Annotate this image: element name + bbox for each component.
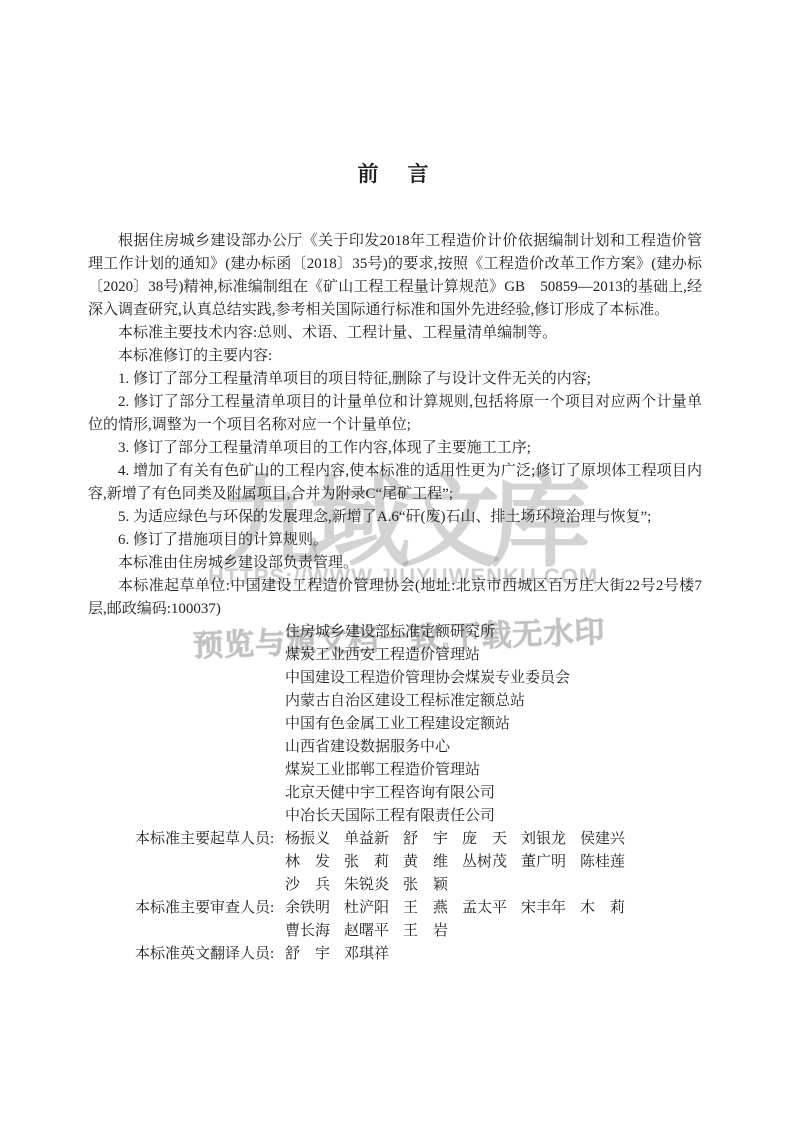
person-name: 庞 天	[462, 828, 508, 851]
revision-item: 1. 修订了部分工程量清单项目的项目特征,删除了与设计文件无关的内容;	[88, 368, 702, 391]
person-name: 孟太平	[462, 897, 508, 920]
revision-item: 4. 增加了有关有色矿山的工程内容,使本标准的适用性更为广泛;修订了原坝体工程项…	[88, 460, 702, 506]
person-name: 王 燕	[403, 897, 449, 920]
person-name: 杜浐阳	[344, 897, 390, 920]
personnel-label: 本标准主要起草人员:	[135, 828, 285, 851]
organization-item: 山西省建设数据服务中心	[285, 736, 702, 759]
person-name: 单益新	[344, 828, 390, 851]
organization-item: 内蒙古自治区建设工程标准定额总站	[285, 690, 702, 713]
personnel-label: 本标准英文翻译人员:	[135, 943, 285, 966]
personnel-translators: 本标准英文翻译人员: 舒 宇邓琪祥	[88, 943, 702, 966]
page-content: 前 言 根据住房城乡建设部办公厅《关于印发2018年工程造价计价依据编制计划和工…	[88, 160, 702, 966]
personnel-names: 杨振义单益新舒 宇庞 天刘银龙侯建兴 林 发张 莉黄 维丛树茂董广明陈桂莲 沙 …	[285, 828, 702, 897]
person-name: 曹长海	[285, 920, 331, 943]
organization-item: 中国有色金属工业工程建设定额站	[285, 713, 702, 736]
name-row: 沙 兵朱锐炎张 颖	[285, 874, 702, 897]
person-name: 张 颖	[403, 874, 449, 897]
organization-item: 煤炭工业邯郸工程造价管理站	[285, 759, 702, 782]
personnel-names: 舒 宇邓琪祥	[285, 943, 702, 966]
revision-item: 3. 修订了部分工程量清单项目的工作内容,体现了主要施工工序;	[88, 437, 702, 460]
intro-paragraph: 根据住房城乡建设部办公厅《关于印发2018年工程造价计价依据编制计划和工程造价管…	[88, 230, 702, 322]
personnel-names: 余铁明杜浐阳王 燕孟太平宋丰年木 莉 曹长海赵曙平王 岩	[285, 897, 702, 943]
person-name: 刘银龙	[521, 828, 567, 851]
person-name: 黄 维	[403, 851, 449, 874]
person-name: 杨振义	[285, 828, 331, 851]
person-name: 陈桂莲	[580, 851, 626, 874]
personnel-drafters: 本标准主要起草人员: 杨振义单益新舒 宇庞 天刘银龙侯建兴 林 发张 莉黄 维丛…	[88, 828, 702, 897]
person-name: 王 岩	[403, 920, 449, 943]
person-name: 余铁明	[285, 897, 331, 920]
organization-item: 中冶长天国际工程有限责任公司	[285, 805, 702, 828]
person-name: 侯建兴	[580, 828, 626, 851]
person-name: 沙 兵	[285, 874, 331, 897]
organization-item: 住房城乡建设部标准定额研究所	[285, 621, 702, 644]
person-name: 木 莉	[580, 897, 626, 920]
personnel-label: 本标准主要审查人员:	[135, 897, 285, 920]
name-row: 曹长海赵曙平王 岩	[285, 920, 702, 943]
name-row: 林 发张 莉黄 维丛树茂董广明陈桂莲	[285, 851, 702, 874]
revision-intro-paragraph: 本标准修订的主要内容:	[88, 345, 702, 368]
person-name: 朱锐炎	[344, 874, 390, 897]
person-name: 丛树茂	[462, 851, 508, 874]
management-paragraph: 本标准由住房城乡建设部负责管理。	[88, 552, 702, 575]
tech-content-paragraph: 本标准主要技术内容:总则、术语、工程计量、工程量清单编制等。	[88, 322, 702, 345]
person-name: 董广明	[521, 851, 567, 874]
name-row: 余铁明杜浐阳王 燕孟太平宋丰年木 莉	[285, 897, 702, 920]
revision-item: 6. 修订了措施项目的计算规则。	[88, 529, 702, 552]
person-name: 林 发	[285, 851, 331, 874]
person-name: 舒 宇	[285, 943, 331, 966]
name-row: 杨振义单益新舒 宇庞 天刘银龙侯建兴	[285, 828, 702, 851]
person-name: 赵曙平	[344, 920, 390, 943]
name-row: 舒 宇邓琪祥	[285, 943, 702, 966]
person-name: 宋丰年	[521, 897, 567, 920]
personnel-reviewers: 本标准主要审查人员: 余铁明杜浐阳王 燕孟太平宋丰年木 莉 曹长海赵曙平王 岩	[88, 897, 702, 943]
organization-item: 北京天健中宇工程咨询有限公司	[285, 782, 702, 805]
page-title: 前 言	[88, 160, 702, 190]
person-name: 舒 宇	[403, 828, 449, 851]
document-page: 九域文库 HTTPS://WWW.JIUYUWENKU.COM 预览与源文档一致…	[0, 0, 792, 1122]
person-name: 张 莉	[344, 851, 390, 874]
organization-item: 煤炭工业西安工程造价管理站	[285, 644, 702, 667]
organization-item: 中国建设工程造价管理协会煤炭专业委员会	[285, 667, 702, 690]
revision-item: 5. 为适应绿色与环保的发展理念,新增了A.6“矸(废)石山、排土场环境治理与恢…	[88, 506, 702, 529]
organization-list: 住房城乡建设部标准定额研究所 煤炭工业西安工程造价管理站 中国建设工程造价管理协…	[285, 621, 702, 828]
revision-item: 2. 修订了部分工程量清单项目的计量单位和计算规则,包括将原一个项目对应两个计量…	[88, 391, 702, 437]
person-name: 邓琪祥	[344, 943, 390, 966]
drafting-unit-paragraph: 本标准起草单位:中国建设工程造价管理协会(地址:北京市西城区百万庄大街22号2号…	[88, 575, 702, 621]
